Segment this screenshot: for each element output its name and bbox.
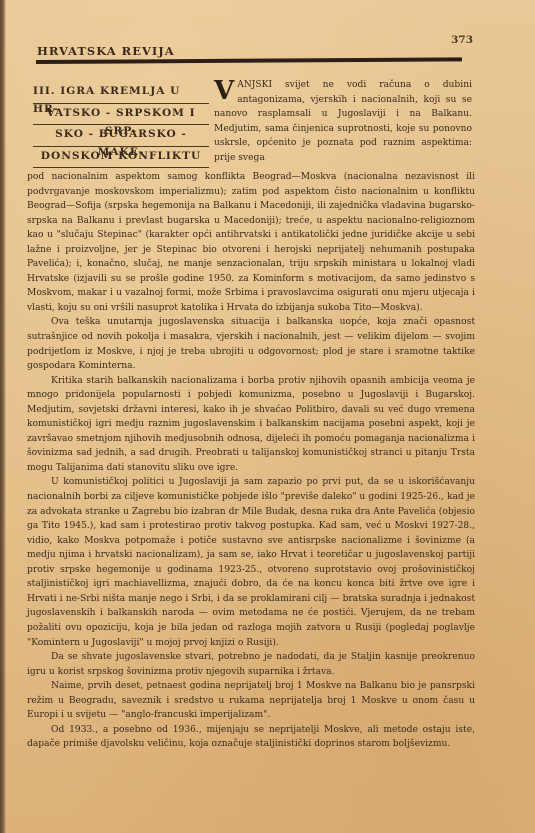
journal-title: HRVATSKA REVIJA bbox=[37, 44, 462, 58]
scanned-page: HRVATSKA REVIJA 373 III. IGRA KREMLJA U … bbox=[0, 0, 535, 833]
paragraph: U komunističkoj politici u Jugoslaviji j… bbox=[27, 475, 475, 650]
article-body: pod nacionalnim aspektom samog konflikta… bbox=[27, 170, 475, 752]
drop-cap: V bbox=[214, 80, 234, 102]
section-title-line: DONSKOM KONFLIKTU bbox=[33, 147, 209, 169]
paragraph: pod nacionalnim aspektom samog konflikta… bbox=[27, 170, 475, 315]
section-title: III. IGRA KREMLJA U HR- VATSKO - SRPSKOM… bbox=[33, 82, 209, 168]
section-title-line: SKO - BUGARSKO - MAKE- bbox=[33, 125, 209, 147]
intro-text: ANJSKI svijet ne vodi računa o dubini an… bbox=[214, 80, 472, 163]
page-number: 373 bbox=[443, 34, 473, 46]
section-title-line: VATSKO - SRPSKOM I SRP- bbox=[33, 104, 209, 126]
page-spine-shadow bbox=[0, 0, 6, 833]
intro-paragraph: VANJSKI svijet ne vodi računa o dubini a… bbox=[214, 78, 472, 166]
paragraph: Da se shvate jugoslavenske stvari, potre… bbox=[27, 650, 475, 679]
paragraph: Od 1933., a posebno od 1936., mijenjaju … bbox=[27, 723, 475, 752]
paragraph: Naime, prvih deset, petnaest godina nepr… bbox=[27, 679, 475, 723]
paragraph: Kritika starih balkanskih nacionalizama … bbox=[27, 374, 475, 476]
paragraph: Ova teška unutarnja jugoslavenska situac… bbox=[27, 315, 475, 373]
header-rule bbox=[36, 57, 462, 64]
section-title-line: III. IGRA KREMLJA U HR- bbox=[33, 82, 209, 104]
